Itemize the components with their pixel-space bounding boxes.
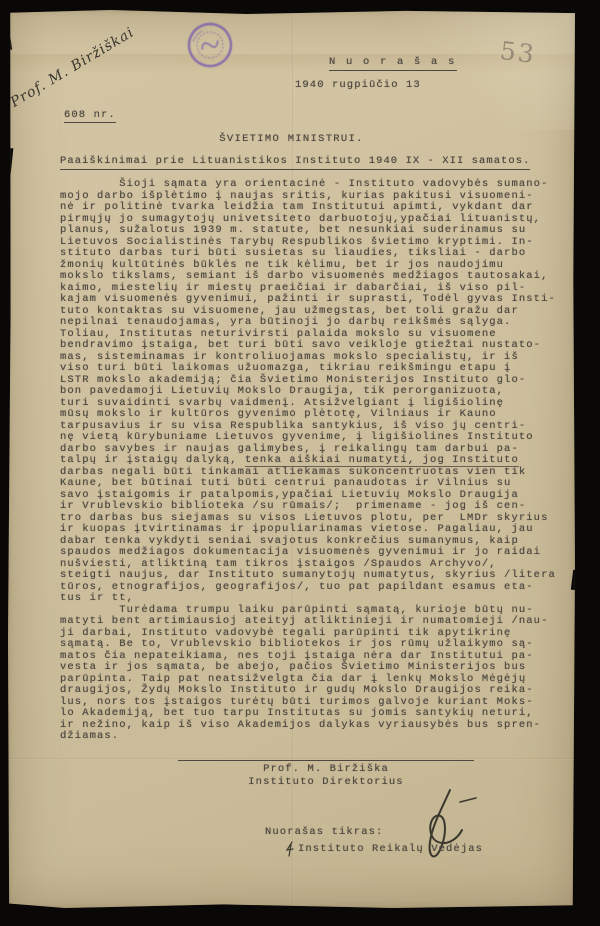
body-line: ir kuopas įtvirtinamas ir įpopuliarinama… bbox=[60, 524, 560, 536]
body-line: sąmatą. Be to, Vrublevskio bibliotekos i… bbox=[60, 639, 560, 651]
body-line: talpų ir įstaigų dalyką, tenka aiškiai n… bbox=[60, 455, 560, 467]
signature-block: Prof. M. Biržiška Instituto Direktorius bbox=[176, 760, 476, 789]
pencil-page-number: 53 bbox=[498, 36, 537, 69]
body-line: spaudos medžiagos dokumentacija visuomen… bbox=[60, 547, 560, 559]
addressee-line: ŠVIETIMO MINISTRUI. bbox=[8, 133, 575, 145]
reference-number: 608 nr. bbox=[64, 109, 116, 123]
body-line: stituto darbas turi būti susietas su lia… bbox=[60, 248, 560, 260]
body-line: kajam visuomenės gyvenimui, pažinti ir s… bbox=[60, 294, 560, 306]
handwritten-mark bbox=[285, 841, 295, 857]
body-line: lo Akademiją, bet tuo tarpu Institutas s… bbox=[60, 708, 560, 720]
body-line: viso turi būti laikomas užuomazga, tikri… bbox=[60, 363, 560, 375]
body-line: ir Vrublevskio biblioteka /su rūmais/; p… bbox=[60, 501, 560, 513]
letter-body: Šioji sąmata yra orientacinė - Instituto… bbox=[60, 179, 560, 743]
body-line: ir nežino, kaip iš viso Akademijos dalyk… bbox=[60, 720, 560, 732]
body-line: Kaune, bet būtinai tuti būti centrui pan… bbox=[60, 478, 560, 490]
certifier-title: Instituto Reikalų Vedėjas bbox=[298, 843, 483, 855]
document-page: Prof. M. Biržiškai 53 N u o r a š a s 19… bbox=[8, 10, 575, 908]
body-line: bon pavedamoji Lietuvių Mokslo Draugija,… bbox=[60, 386, 560, 398]
body-line: nė ir politinė tvarka leidžia tam Instit… bbox=[60, 202, 560, 214]
subject-line: Paaiškinimai prie Lituanistikos Institut… bbox=[60, 155, 530, 170]
body-line: steigti naujus, dar Instituto sumanytojų… bbox=[60, 570, 560, 582]
body-line: nę vietą kūrybuniame Lietuvos gyvenime, … bbox=[60, 432, 560, 444]
body-line: planus, sužalotus 1939 m. statute, bet n… bbox=[60, 225, 560, 237]
copy-label: N u o r a š a s bbox=[329, 56, 457, 71]
body-line: vesta ir jos sąmata, be abejo, pačios Šv… bbox=[60, 662, 560, 674]
body-line: bendravimo įstaiga, bet turi būti savo v… bbox=[60, 340, 560, 352]
body-line: tūros, etnografijos, geografijos/, tuo p… bbox=[60, 582, 560, 594]
handwritten-signature bbox=[404, 786, 482, 872]
date-line: 1940 rugpiūčio 13 bbox=[295, 79, 421, 91]
certification-label: Nuorašas tikras: bbox=[265, 826, 383, 838]
body-line: džiamas. bbox=[60, 731, 560, 743]
torn-edge-notch bbox=[571, 570, 579, 591]
body-line: draugijos, Žydų Mokslo Instituto ir gudų… bbox=[60, 685, 560, 697]
torn-edge-notch bbox=[4, 148, 14, 175]
torn-edge-notch bbox=[4, 34, 12, 51]
body-line: mokslo tikslams, semiant iš darbo visuom… bbox=[60, 271, 560, 283]
body-line: tus ir tt, bbox=[60, 593, 560, 605]
signatory-name: Prof. M. Biržiška bbox=[176, 763, 476, 776]
body-line: matyti bent artimiausioj ateityj atlikti… bbox=[60, 616, 560, 628]
body-line: mūsų mokslo ir kultūros gyvenimo plėtotę… bbox=[60, 409, 560, 421]
body-line: nepilnai tenaudojamas, yra būtinoji jo d… bbox=[60, 317, 560, 329]
scan-background: Prof. M. Biržiškai 53 N u o r a š a s 19… bbox=[0, 0, 600, 926]
signature-rule bbox=[178, 760, 474, 761]
body-line: Šioji sąmata yra orientacinė - Instituto… bbox=[60, 179, 560, 191]
